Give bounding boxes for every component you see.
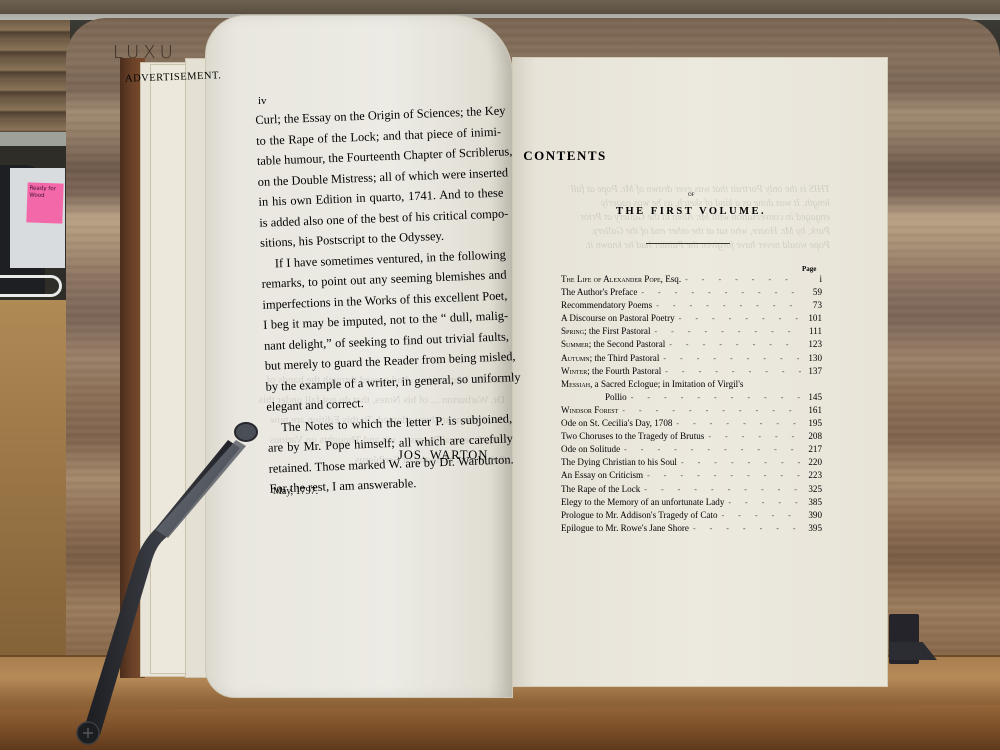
toc-entry[interactable]: Ode on Solitude- - - - - - - - - - - - -… xyxy=(561,443,822,456)
sticky-note: Ready for Wood xyxy=(26,182,63,223)
toc-entry-page: 130 xyxy=(802,352,822,365)
toc-entry[interactable]: Recommendatory Poems- - - - - - - - - - … xyxy=(561,299,822,312)
toc-dot-leader: - - - - - - - - - - - - - - - - - - - - … xyxy=(675,312,802,325)
toc-entry-title: Two Choruses to the Tragedy of Brutus xyxy=(561,430,704,443)
toc-entry-title: Spring; the First Pastoral xyxy=(561,325,651,338)
table-of-contents: The Life of Alexander Pope, Esq.- - - - … xyxy=(561,273,822,535)
toc-entry-page: 145 xyxy=(802,391,822,404)
toc-dot-leader: - - - - - - - - - - - - - - - - - - - - … xyxy=(627,391,802,404)
toc-entry-page: 223 xyxy=(802,469,822,482)
toc-entry[interactable]: The Author's Preface- - - - - - - - - - … xyxy=(561,286,822,299)
toc-entry[interactable]: Pollio- - - - - - - - - - - - - - - - - … xyxy=(561,391,822,404)
toc-entry-title-text: ; the Third Pastoral xyxy=(590,353,660,363)
toc-entry-title: The Rape of the Lock xyxy=(561,483,640,496)
page-folio: iv xyxy=(258,95,267,107)
toc-dot-leader: - - - - - - - - - - - - - - - - - - - - … xyxy=(665,338,802,351)
toc-dot-leader: - - - - - - - - - - - - - - - - - - - - … xyxy=(724,496,802,509)
toc-entry-title: A Discourse on Pastoral Poetry xyxy=(561,312,675,325)
toc-entry[interactable]: Winter; the Fourth Pastoral- - - - - - -… xyxy=(561,365,822,378)
toc-entry[interactable]: The Life of Alexander Pope, Esq.- - - - … xyxy=(561,273,822,286)
toc-entry-title: The Author's Preface xyxy=(561,286,637,299)
toc-entry-title: Prologue to Mr. Addison's Tragedy of Cat… xyxy=(561,509,718,522)
page-column-header: Page xyxy=(802,265,816,273)
toc-entry[interactable]: The Dying Christian to his Soul- - - - -… xyxy=(561,456,822,469)
background-cable xyxy=(0,275,62,297)
toc-dot-leader: - - - - - - - - - - - - - - - - - - - - … xyxy=(651,325,803,338)
toc-entry-title-text: Ode on Solitude xyxy=(561,444,620,454)
stand-hinge-icon xyxy=(889,614,919,664)
advertisement-body: Curl; the Essay on the Origin of Science… xyxy=(255,101,515,500)
toc-entry-page: i xyxy=(802,273,822,286)
toc-entry-title-text: Prologue to Mr. Addison's Tragedy of Cat… xyxy=(561,510,718,520)
toc-entry-title: Ode on St. Cecilia's Day, 1708 xyxy=(561,417,672,430)
toc-entry-page: 161 xyxy=(802,404,822,417)
toc-entry-page: 208 xyxy=(802,430,822,443)
toc-entry-page: 111 xyxy=(802,325,822,338)
toc-entry[interactable]: The Rape of the Lock- - - - - - - - - - … xyxy=(561,483,822,496)
toc-dot-leader: - - - - - - - - - - - - - - - - - - - - … xyxy=(637,286,802,299)
toc-entry-title-text: A Discourse on Pastoral Poetry xyxy=(561,313,675,323)
toc-entry-page: 123 xyxy=(802,338,822,351)
toc-entry-page: 73 xyxy=(802,299,822,312)
toc-entry-page: 59 xyxy=(802,286,822,299)
toc-entry-title: Autumn; the Third Pastoral xyxy=(561,352,659,365)
toc-entry[interactable]: Ode on St. Cecilia's Day, 1708- - - - - … xyxy=(561,417,822,430)
toc-entry-title-text: ; the Fourth Pastoral xyxy=(587,366,661,376)
date: May, 1797. xyxy=(273,486,318,497)
toc-entry-title-text: Two Choruses to the Tragedy of Brutus xyxy=(561,431,704,441)
toc-entry-title-smallcaps: Autumn xyxy=(561,353,590,363)
toc-dot-leader: - - - - - - - - - - - - - - - - - - - - … xyxy=(652,299,802,312)
toc-entry-page: 395 xyxy=(802,522,822,535)
toc-entry-title-smallcaps: The Life of Alexander Pope, xyxy=(561,274,663,284)
contents-subtitle: THE FIRST VOLUME. xyxy=(616,206,766,217)
toc-entry-title: The Dying Christian to his Soul xyxy=(561,456,677,469)
toc-entry[interactable]: Summer; the Second Pastoral- - - - - - -… xyxy=(561,338,822,351)
toc-dot-leader: - - - - - - - - - - - - - - - - - - - - … xyxy=(718,509,803,522)
toc-entry-title: Ode on Solitude xyxy=(561,443,620,456)
toc-entry-title-smallcaps: Winter xyxy=(561,366,587,376)
toc-entry[interactable]: Elegy to the Memory of an unfortunate La… xyxy=(561,496,822,509)
title-rule xyxy=(646,243,730,244)
toc-entry[interactable]: Windsor Forest- - - - - - - - - - - - - … xyxy=(561,404,822,417)
toc-entry-title-text: Epilogue to Mr. Rowe's Jane Shore xyxy=(561,523,689,533)
toc-dot-leader: - - - - - - - - - - - - - - - - - - - - … xyxy=(640,483,802,496)
toc-entry-title-smallcaps: Spring xyxy=(561,326,584,336)
toc-entry-title: Winter; the Fourth Pastoral xyxy=(561,365,661,378)
toc-dot-leader: - - - - - - - - - - - - - - - - - - - - … xyxy=(689,522,802,535)
toc-entry-title-text: The Author's Preface xyxy=(561,287,637,297)
toc-entry-page: 195 xyxy=(802,417,822,430)
toc-entry-title-text: The Rape of the Lock xyxy=(561,484,640,494)
toc-entry-page: 220 xyxy=(802,456,822,469)
toc-entry-title: The Life of Alexander Pope, Esq. xyxy=(561,273,681,286)
contents-of: OF xyxy=(688,193,694,198)
toc-entry-title-text: Ode on St. Cecilia's Day, 1708 xyxy=(561,418,672,428)
toc-entry-title-text: ; the Second Pastoral xyxy=(589,339,666,349)
toc-entry-page: 385 xyxy=(802,496,822,509)
toc-entry-title-smallcaps: Summer xyxy=(561,339,589,349)
toc-entry-page: 101 xyxy=(802,312,822,325)
toc-entry-title: Recommendatory Poems xyxy=(561,299,652,312)
toc-entry-title-text: ; the First Pastoral xyxy=(584,326,650,336)
toc-entry[interactable]: An Essay on Criticism- - - - - - - - - -… xyxy=(561,469,822,482)
toc-entry-title-text: , a Sacred Eclogue; in Imitation of Virg… xyxy=(590,379,743,389)
toc-dot-leader: - - - - - - - - - - - - - - - - - - - - … xyxy=(659,352,802,365)
toc-entry-title-text: The Dying Christian to his Soul xyxy=(561,457,677,467)
toc-entry-page: 137 xyxy=(802,365,822,378)
toc-entry[interactable]: Epilogue to Mr. Rowe's Jane Shore- - - -… xyxy=(561,522,822,535)
toc-entry[interactable]: Spring; the First Pastoral- - - - - - - … xyxy=(561,325,822,338)
toc-entry-title: Summer; the Second Pastoral xyxy=(561,338,665,351)
toc-entry-title-text: Esq. xyxy=(663,274,681,284)
toc-dot-leader: - - - - - - - - - - - - - - - - - - - - … xyxy=(620,443,802,456)
toc-dot-leader: - - - - - - - - - - - - - - - - - - - - … xyxy=(681,273,802,286)
toc-entry-title-text: Pollio xyxy=(605,392,627,402)
background-books xyxy=(0,20,70,140)
toc-entry-page: 390 xyxy=(802,509,822,522)
toc-entry[interactable]: Autumn; the Third Pastoral- - - - - - - … xyxy=(561,352,822,365)
toc-entry-title-smallcaps: Messiah xyxy=(561,379,590,389)
toc-entry-title-smallcaps: Windsor Forest xyxy=(561,405,618,415)
toc-dot-leader: - - - - - - - - - - - - - - - - - - - - … xyxy=(661,365,802,378)
toc-entry-title-text: An Essay on Criticism xyxy=(561,470,643,480)
toc-dot-leader: - - - - - - - - - - - - - - - - - - - - … xyxy=(672,417,802,430)
toc-dot-leader: - - - - - - - - - - - - - - - - - - - - … xyxy=(643,469,802,482)
signature: JOS. WARTON. xyxy=(398,448,492,463)
toc-dot-leader: - - - - - - - - - - - - - - - - - - - - … xyxy=(677,456,802,469)
toc-entry-title-text: Recommendatory Poems xyxy=(561,300,652,310)
toc-entry-title: Messiah, a Sacred Eclogue; in Imitation … xyxy=(561,378,743,391)
toc-entry-title-text: Elegy to the Memory of an unfortunate La… xyxy=(561,497,724,507)
toc-dot-leader: - - - - - - - - - - - - - - - - - - - - … xyxy=(618,404,802,417)
toc-entry[interactable]: Messiah, a Sacred Eclogue; in Imitation … xyxy=(561,378,822,391)
toc-entry[interactable]: A Discourse on Pastoral Poetry- - - - - … xyxy=(561,312,822,325)
toc-entry[interactable]: Prologue to Mr. Addison's Tragedy of Cat… xyxy=(561,509,822,522)
toc-entry-page: 325 xyxy=(802,483,822,496)
toc-entry-title: Windsor Forest xyxy=(561,404,618,417)
toc-entry-title: An Essay on Criticism xyxy=(561,469,643,482)
toc-entry-page: 217 xyxy=(802,443,822,456)
toc-dot-leader: - - - - - - - - - - - - - - - - - - - - … xyxy=(704,430,802,443)
toc-entry-title: Epilogue to Mr. Rowe's Jane Shore xyxy=(561,522,689,535)
toc-entry[interactable]: Two Choruses to the Tragedy of Brutus- -… xyxy=(561,430,822,443)
toc-entry-title: Elegy to the Memory of an unfortunate La… xyxy=(561,496,724,509)
toc-entry-title: Pollio xyxy=(561,391,627,404)
